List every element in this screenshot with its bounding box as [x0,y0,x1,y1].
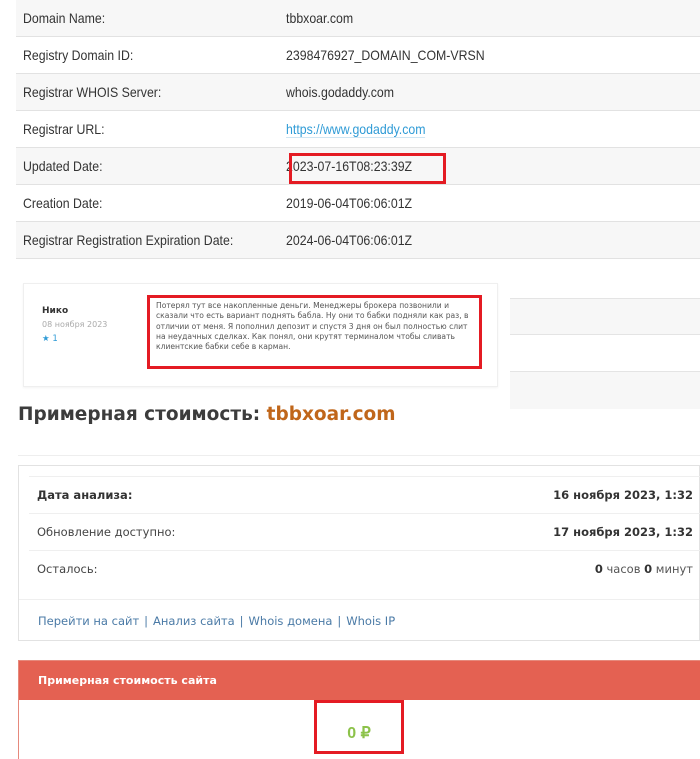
update-available-row: Обновление доступно: 17 ноября 2023, 1:3… [29,513,700,550]
registrar-url-link[interactable]: https://www.godaddy.com [286,121,425,138]
remaining-minutes: 0 [644,562,652,576]
link-separator: | [337,614,341,628]
whois-value: whois.godaddy.com [279,84,394,100]
review-rating: ★ 1 [42,334,58,344]
whois-row-creation-date: Creation Date: 2019-06-04T06:06:01Z [16,185,700,222]
whois-label: Updated Date: [16,158,247,174]
whois-row-whois-server: Registrar WHOIS Server: whois.godaddy.co… [16,74,700,111]
side-row [510,372,700,409]
whois-value: tbbxoar.com [279,10,353,26]
review-card: Нико 08 ноября 2023 ★ 1 Потерял тут все … [23,283,498,387]
side-rows [510,298,700,409]
whois-row-registrar-url: Registrar URL: https://www.godaddy.com [16,111,700,148]
whois-row-domain-name: Domain Name: tbbxoar.com [16,0,700,37]
minutes-unit: минут [652,562,693,576]
analysis-date-value: 16 ноября 2023, 1:32 [553,488,693,502]
site-cost-box: Примерная стоимость сайта 0 ₽ [18,660,700,759]
review-text-highlighted: Потерял тут все накопленные деньги. Мене… [147,295,482,369]
price-heading: Примерная стоимость: tbbxoar.com [18,404,396,425]
update-available-label: Обновление доступно: [37,525,175,539]
whois-value: 2019-06-04T06:06:01Z [279,195,412,211]
whois-value: 2024-06-04T06:06:01Z [279,232,412,248]
whois-row-registry-domain-id: Registry Domain ID: 2398476927_DOMAIN_CO… [16,37,700,74]
review-author: Нико [42,306,68,316]
rating-count: 1 [52,334,57,344]
whois-label: Creation Date: [16,195,247,211]
analysis-links: Перейти на сайт | Анализ сайта | Whois д… [19,599,699,641]
whois-label: Registrar URL: [16,121,247,137]
whois-domain-link[interactable]: Whois домена [249,614,333,628]
price-heading-prefix: Примерная стоимость: [18,404,267,425]
site-analysis-link[interactable]: Анализ сайта [153,614,235,628]
hours-unit: часов [603,562,644,576]
go-to-site-link[interactable]: Перейти на сайт [38,614,139,628]
whois-row-updated-date: Updated Date: 2023-07-16T08:23:39Z [16,148,700,185]
link-separator: | [240,614,244,628]
whois-label: Registrar WHOIS Server: [16,84,247,100]
remaining-label: Осталось: [37,562,97,576]
whois-value: https://www.godaddy.com [279,121,426,137]
whois-label: Registrar Registration Expiration Date: [16,232,247,248]
side-row [510,335,700,372]
star-icon: ★ [42,334,50,344]
whois-row-expiration-date: Registrar Registration Expiration Date: … [16,222,700,259]
remaining-hours: 0 [595,562,603,576]
remaining-value: 0 часов 0 минут [595,562,693,576]
site-cost-title: Примерная стоимость сайта [19,661,700,700]
divider [18,455,700,456]
link-separator: | [144,614,148,628]
analysis-date-label: Дата анализа: [37,488,132,502]
whois-label: Domain Name: [16,10,247,26]
side-row [510,298,700,335]
whois-table: Domain Name: tbbxoar.com Registry Domain… [16,0,700,259]
whois-label: Registry Domain ID: [16,47,247,63]
site-cost-body: 0 ₽ [19,700,700,759]
whois-value: 2398476927_DOMAIN_COM-VRSN [279,47,485,63]
analysis-box: Дата анализа: 16 ноября 2023, 1:32 Обнов… [18,465,700,641]
whois-value-highlighted: 2023-07-16T08:23:39Z [279,158,412,174]
update-available-value: 17 ноября 2023, 1:32 [553,525,693,539]
price-heading-domain: tbbxoar.com [267,404,396,425]
site-cost-value-highlighted: 0 ₽ [314,700,404,754]
analysis-date-row: Дата анализа: 16 ноября 2023, 1:32 [29,476,700,513]
review-date: 08 ноября 2023 [42,320,107,329]
whois-ip-link[interactable]: Whois IP [346,614,395,628]
remaining-row: Осталось: 0 часов 0 минут [29,550,700,587]
